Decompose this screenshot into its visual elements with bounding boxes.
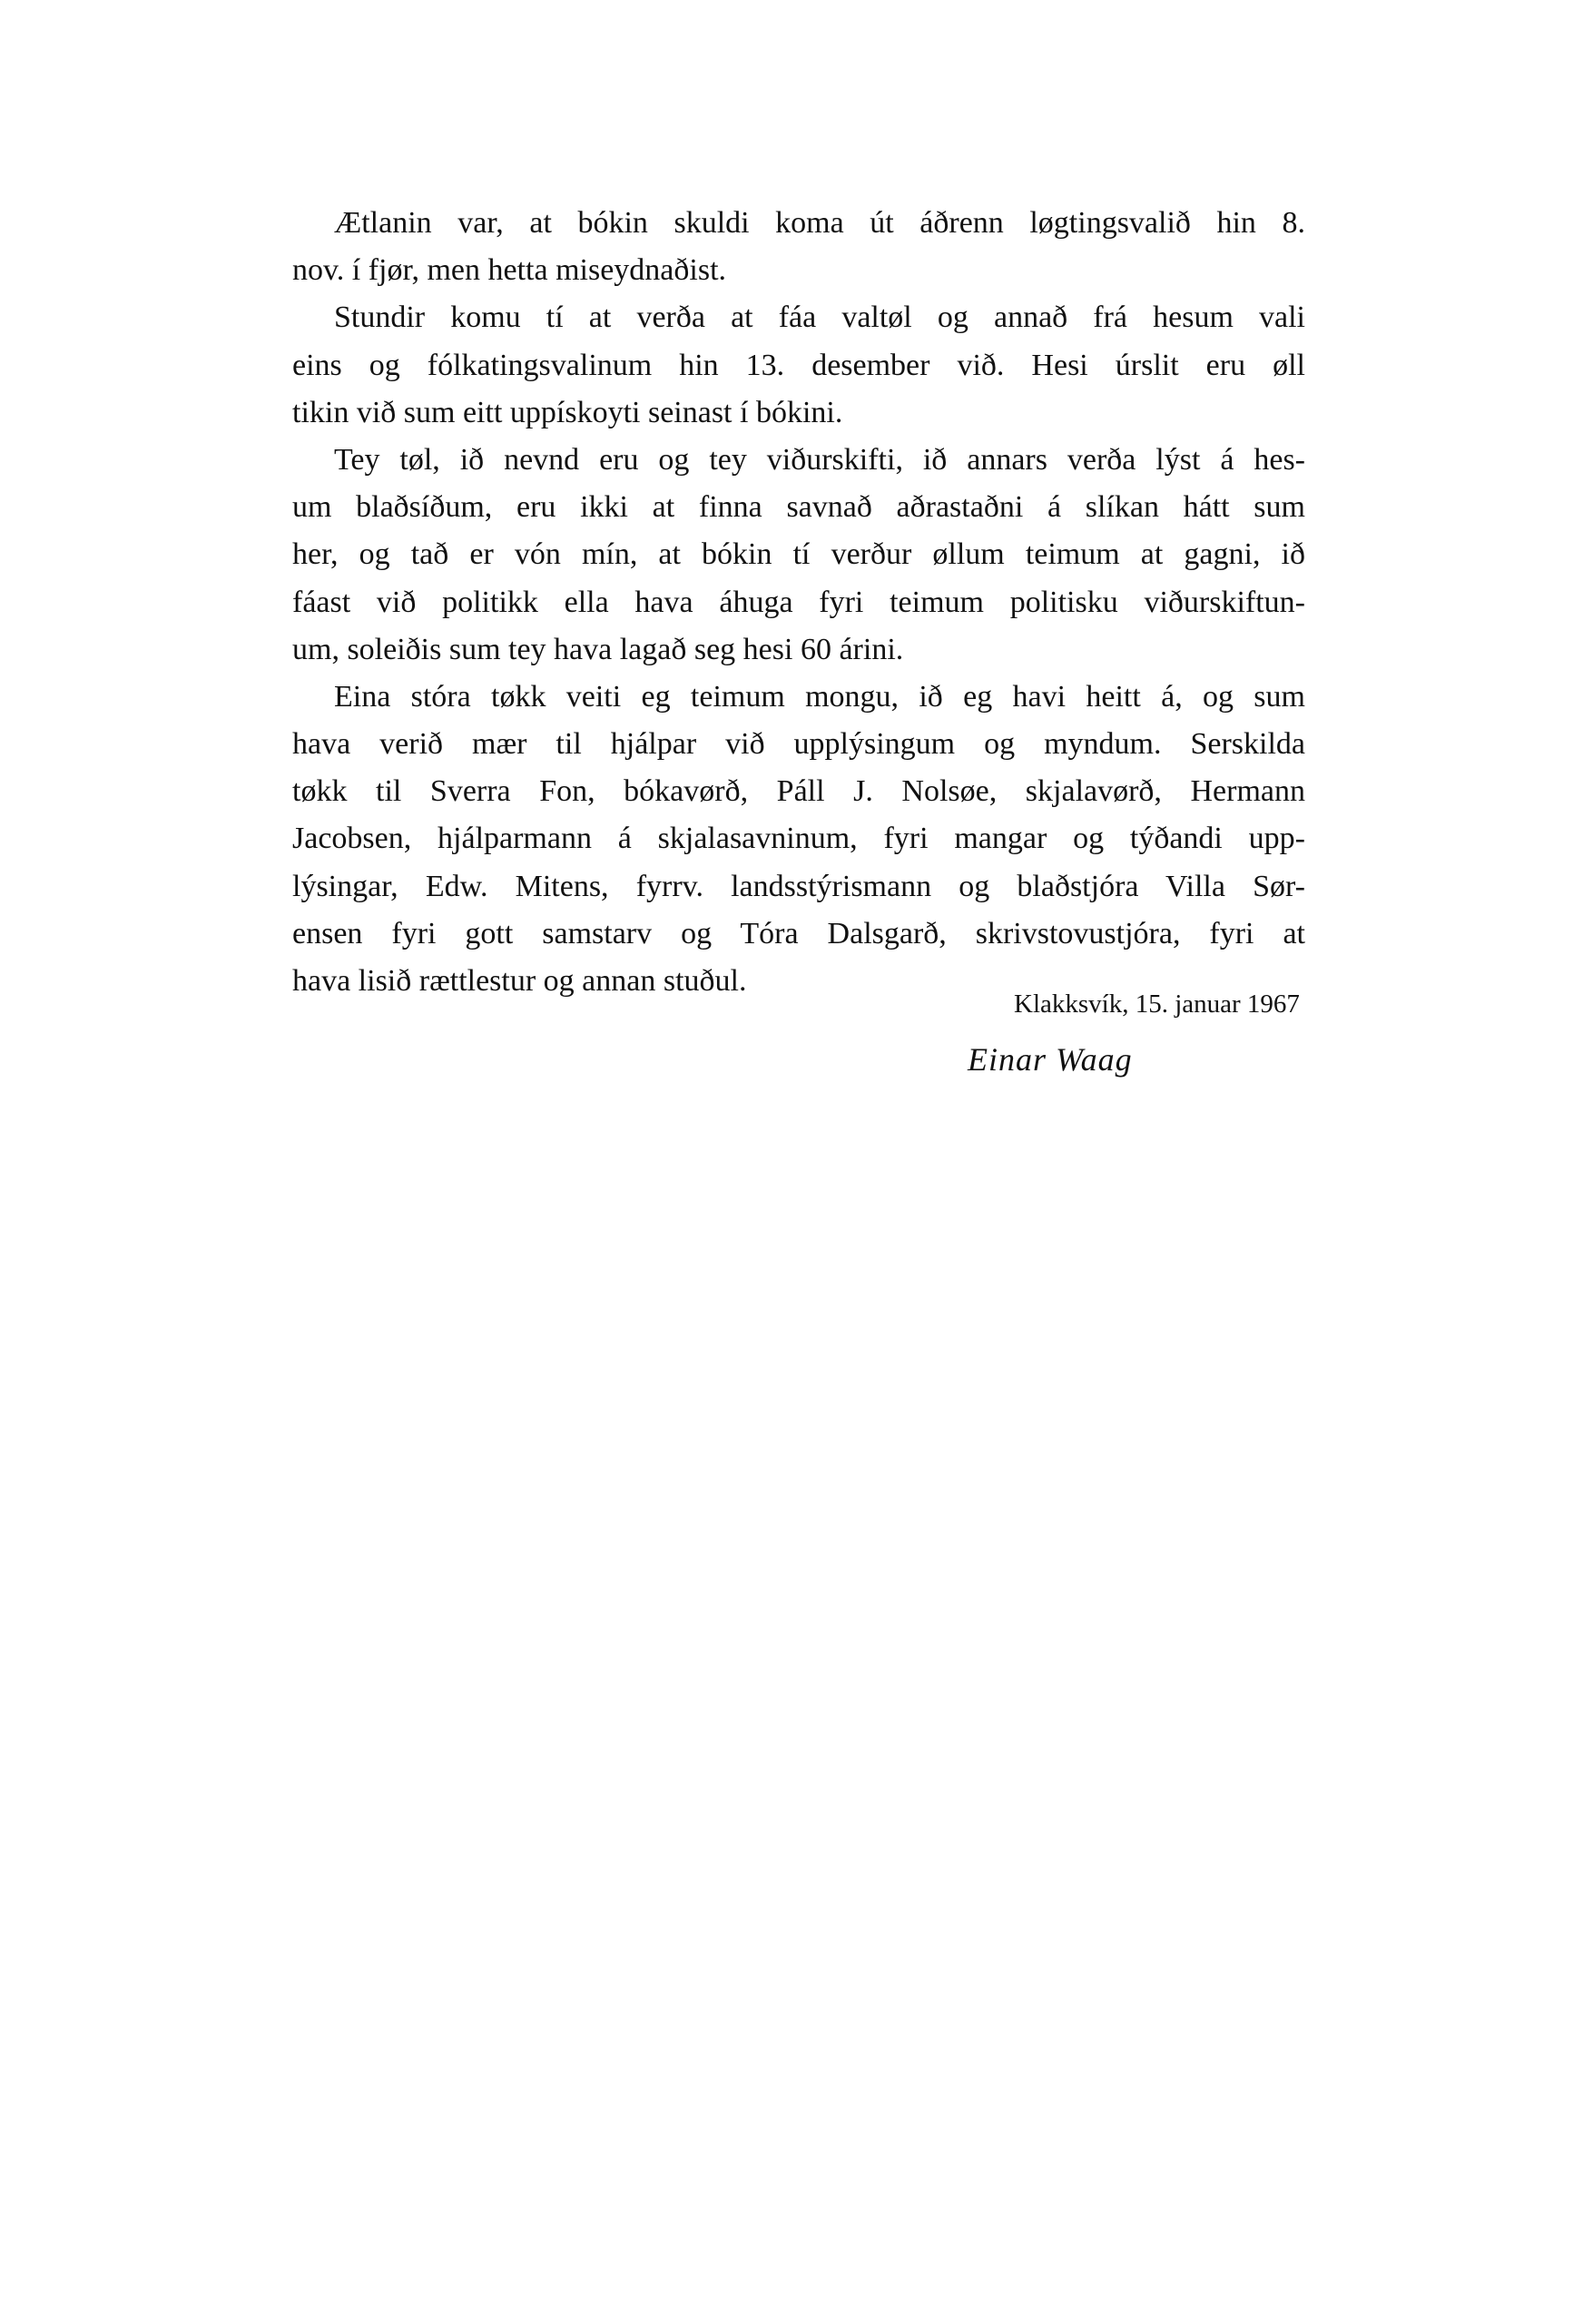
text-line: eins og fólkatingsvalinum hin 13. desemb… xyxy=(292,342,1305,389)
text-line: tøkk til Sverra Fon, bókavørð, Páll J. N… xyxy=(292,768,1305,815)
place-and-date: Klakksvík, 15. januar 1967 xyxy=(1014,990,1300,1019)
text-line: lýsingar, Edw. Mitens, fyrrv. landsstýri… xyxy=(292,863,1305,911)
text-line: um, soleiðis sum tey hava lagað seg hesi… xyxy=(292,626,1305,674)
text-line: her, og tað er vón mín, at bókin tí verð… xyxy=(292,531,1305,578)
paragraph-3: Tey tøl, ið nevnd eru og tey viðurskifti… xyxy=(292,437,1305,674)
author-signature: Einar Waag xyxy=(968,1040,1133,1078)
paragraph-2: Stundir komu tí at verða at fáa valtøl o… xyxy=(292,294,1305,437)
text-line: hava verið mær til hjálpar við upplýsing… xyxy=(292,721,1305,768)
paragraph-1: Ætlanin var, at bókin skuldi koma út áðr… xyxy=(292,200,1305,294)
text-line: ensen fyri gott samstarv og Tóra Dalsgar… xyxy=(292,911,1305,958)
document-page: Ætlanin var, at bókin skuldi koma út áðr… xyxy=(0,0,1583,2324)
text-line: tikin við sum eitt uppískoyti seinast í … xyxy=(292,389,1305,437)
text-line: Tey tøl, ið nevnd eru og tey viðurskifti… xyxy=(292,437,1305,484)
text-line: um blaðsíðum, eru ikki at finna savnað a… xyxy=(292,484,1305,531)
paragraph-4: Eina stóra tøkk veiti eg teimum mongu, i… xyxy=(292,674,1305,1005)
text-line: Ætlanin var, at bókin skuldi koma út áðr… xyxy=(292,200,1305,247)
body-text: Ætlanin var, at bókin skuldi koma út áðr… xyxy=(292,200,1305,1005)
text-line: nov. í fjør, men hetta miseydnaðist. xyxy=(292,247,1305,294)
text-line: Stundir komu tí at verða at fáa valtøl o… xyxy=(292,294,1305,341)
text-line: fáast við politikk ella hava áhuga fyri … xyxy=(292,579,1305,626)
text-line: Jacobsen, hjálparmann á skjalasavninum, … xyxy=(292,815,1305,862)
text-line: Eina stóra tøkk veiti eg teimum mongu, i… xyxy=(292,674,1305,721)
